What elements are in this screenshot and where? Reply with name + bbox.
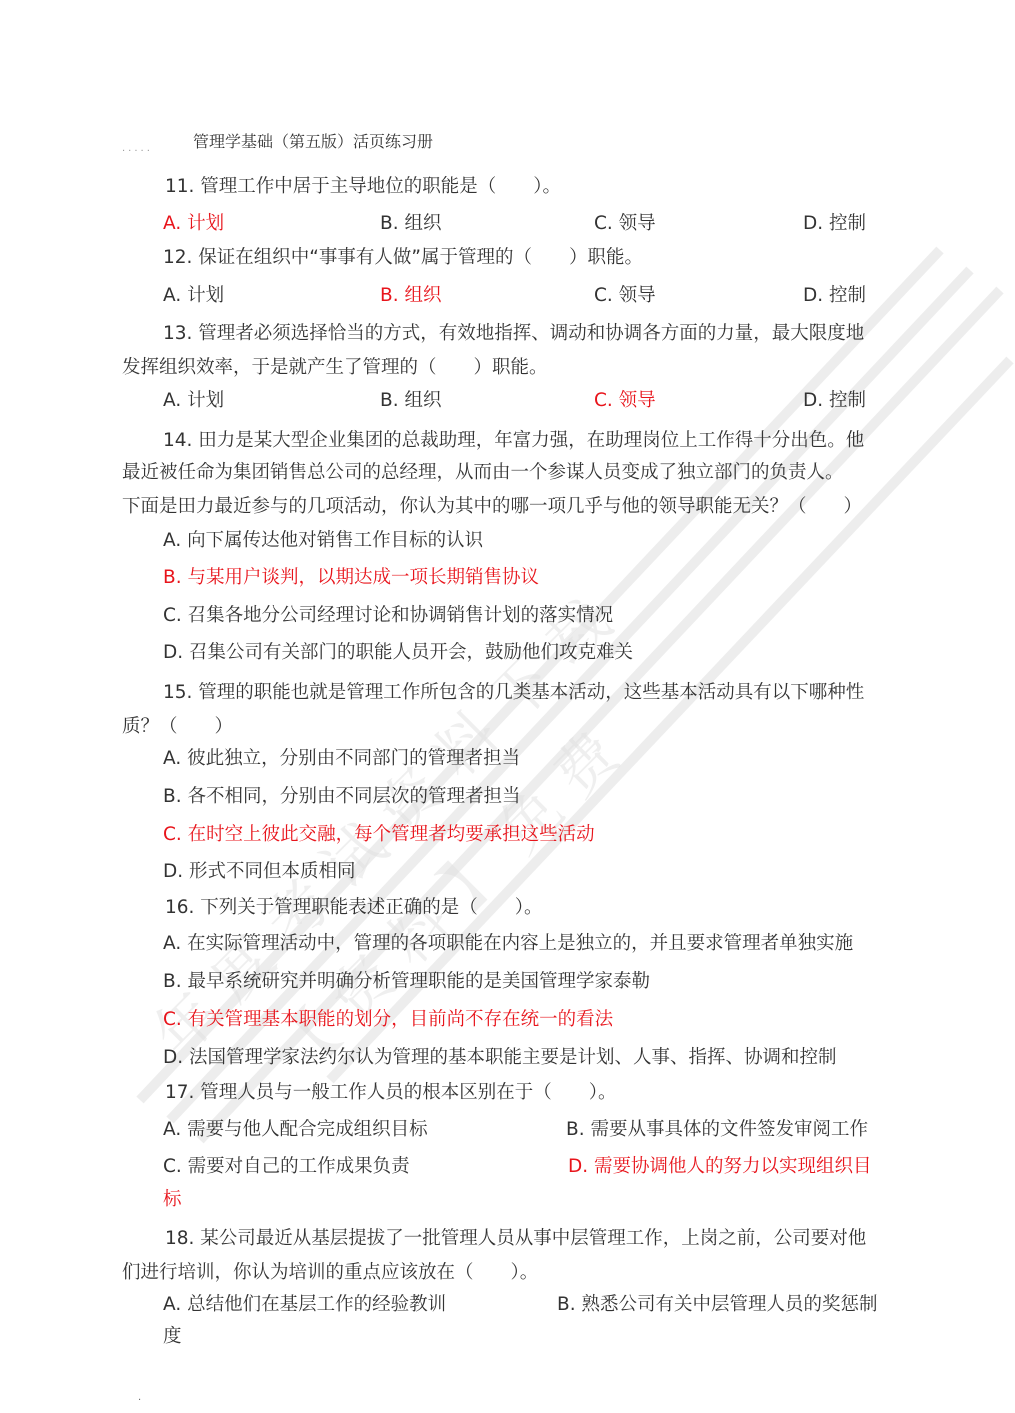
q13-option-b: B. 组织	[380, 390, 441, 412]
question-14-stem-line-1: 14. 田力是某大型企业集团的总裁助理，年富力强，在助理岗位上工作得十分出色。他	[163, 430, 864, 452]
q16-option-a: A. 在实际管理活动中，管理的各项职能在内容上是独立的，并且要求管理者单独实施	[163, 933, 853, 955]
q18-option-b-continuation: 度	[163, 1326, 182, 1348]
q11-option-a: A. 计划	[163, 213, 224, 235]
q11-option-c: C. 领导	[594, 213, 656, 235]
q13-option-c: C. 领导	[594, 390, 656, 412]
question-14-stem-line-2: 最近被任命为集团销售总公司的总经理，从而由一个参谋人员变成了独立部门的负责人。	[122, 462, 844, 484]
footer-dot: .	[138, 1392, 141, 1403]
q18-option-a: A. 总结他们在基层工作的经验教训	[163, 1294, 446, 1316]
question-12-stem: 12. 保证在组织中“事事有人做”属于管理的（ ）职能。	[163, 247, 643, 269]
q17-option-d: D. 需要协调他人的努力以实现组织目	[568, 1156, 872, 1178]
q17-option-c: C. 需要对自己的工作成果负责	[163, 1156, 410, 1178]
q17-option-a: A. 需要与他人配合完成组织目标	[163, 1119, 428, 1141]
question-18-stem-line-2: 们进行培训，你认为培训的重点应该放在（ ）。	[122, 1262, 538, 1284]
question-15-stem-line-1: 15. 管理的职能也就是管理工作所包含的几类基本活动，这些基本活动具有以下哪种性	[163, 682, 864, 704]
question-16-stem: 16. 下列关于管理职能表述正确的是（ ）。	[165, 897, 543, 919]
running-header-title: 管理学基础（第五版）活页练习册	[193, 129, 433, 152]
q12-option-c: C. 领导	[594, 285, 656, 307]
q15-option-a: A. 彼此独立，分别由不同部门的管理者担当	[163, 748, 520, 770]
q17-option-d-continuation: 标	[163, 1189, 182, 1211]
q11-option-d: D. 控制	[803, 213, 866, 235]
q13-option-d: D. 控制	[803, 390, 866, 412]
q15-option-d: D. 形式不同但本质相同	[163, 861, 356, 883]
q12-option-b: B. 组织	[380, 285, 441, 307]
question-13-stem-line-1: 13. 管理者必须选择恰当的方式，有效地指挥、调动和协调各方面的力量，最大限度地	[163, 323, 864, 345]
q15-option-c: C. 在时空上彼此交融，每个管理者均要承担这些活动	[163, 824, 595, 846]
q13-option-a: A. 计划	[163, 390, 224, 412]
question-17-stem: 17. 管理人员与一般工作人员的根本区别在于（ ）。	[165, 1082, 617, 1104]
q16-option-b: B. 最早系统研究并明确分析管理职能的是美国管理学家泰勒	[163, 971, 650, 993]
question-14-stem-line-3: 下面是田力最近参与的几项活动，你认为其中的哪一项几乎与他的领导职能无关？（ ）	[122, 496, 862, 518]
question-18-stem-line-1: 18. 某公司最近从基层提拔了一批管理人员从事中层管理工作，上岗之前，公司要对他	[165, 1228, 866, 1250]
q15-option-b: B. 各不相同，分别由不同层次的管理者担当	[163, 786, 520, 808]
q17-option-b: B. 需要从事具体的文件签发审阅工作	[566, 1119, 868, 1141]
q16-option-d: D. 法国管理学家法约尔认为管理的基本职能主要是计划、人事、指挥、协调和控制	[163, 1047, 837, 1069]
q12-option-d: D. 控制	[803, 285, 866, 307]
question-11-stem: 11. 管理工作中居于主导地位的职能是（ ）。	[165, 176, 561, 198]
question-13-stem-line-2: 发挥组织效率，于是就产生了管理的（ ）职能。	[122, 357, 548, 379]
q12-option-a: A. 计划	[163, 285, 224, 307]
q14-option-d: D. 召集公司有关部门的职能人员开会，鼓励他们攻克难关	[163, 642, 633, 664]
q18-option-b: B. 熟悉公司有关中层管理人员的奖惩制	[557, 1294, 877, 1316]
q16-option-c: C. 有关管理基本职能的划分，目前尚不存在统一的看法	[163, 1009, 613, 1031]
document-page: ····· 管理学基础（第五版）活页练习册 11. 管理工作中居于主导地位的职能…	[0, 0, 1015, 1413]
header-dots: ·····	[122, 146, 153, 157]
q11-option-b: B. 组织	[380, 213, 441, 235]
q14-option-c: C. 召集各地分公司经理讨论和协调销售计划的落实情况	[163, 605, 613, 627]
question-15-stem-line-2: 质？（ ）	[122, 716, 233, 738]
q14-option-a: A. 向下属传达他对销售工作目标的认识	[163, 530, 483, 552]
q14-option-b: B. 与某用户谈判，以期达成一项长期销售协议	[163, 567, 539, 589]
